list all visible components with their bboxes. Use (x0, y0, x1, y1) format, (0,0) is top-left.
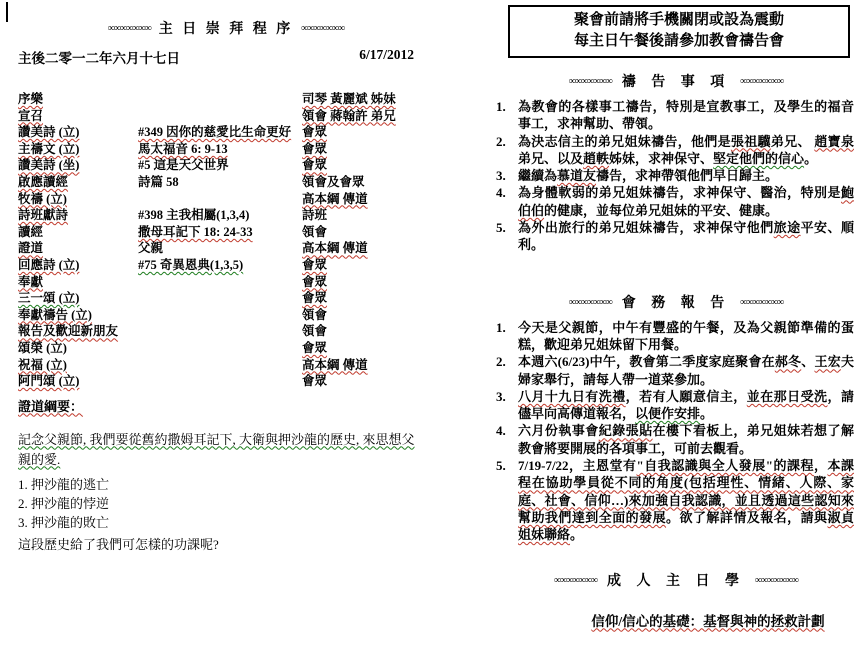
program-row: 頌榮 (立) 會眾 (18, 340, 434, 357)
program-person: 高本綱 傳道 (302, 357, 434, 374)
report-item: 2. 本週六(6/23)中午，教會第二季度家庭聚會在郝冬、王宏夫婦家舉行，請每人… (496, 353, 856, 388)
ornament-icon: ∞∞∞∞∞∞∞ (755, 575, 798, 586)
item-text: 繼續為慕道友禱告，求神帶領他們早日歸主。 (518, 167, 856, 184)
program-person: 高本綱 傳道 (302, 191, 434, 208)
item-text: 今天是父親節，中午有豐盛的午餐，及為父親節準備的蛋糕，歡迎弟兄姐妹留下用餐。 (518, 319, 856, 354)
program-person: 會眾 (302, 373, 434, 390)
program-content: #5 這是天父世界 (138, 157, 302, 174)
program-person: 會眾 (302, 290, 434, 307)
program-row: 序樂 司琴 黃麗斌 姊妹 (18, 91, 434, 108)
program-row: 阿門頌 (立) 會眾 (18, 373, 434, 390)
program-item: 回應詩 (立) (18, 257, 138, 274)
program-row: 奉獻禱告 (立) 領會 (18, 307, 434, 324)
item-number: 4. (496, 184, 518, 219)
program-item: 宣召 (18, 108, 138, 125)
sermon-outline-heading: 證道綱要： (18, 396, 434, 415)
program-item: 啟應讀經 (18, 174, 138, 191)
announcements-column: 聚會前請將手機關閉或設為震動每主日午餐後請參加教會禱告會 ∞∞∞∞∞∞∞禱 告 … (496, 0, 856, 630)
item-text: 為外出旅行的弟兄姐妹禱告，求神保守他們旅途平安、順利。 (518, 219, 856, 254)
prayer-item: 4. 為身體軟弱的弟兄姐妹禱告，求神保守、醫治，特別是鮑伯伯的健康，並每位弟兄姐… (496, 184, 856, 219)
prayer-section-heading: ∞∞∞∞∞∞∞禱 告 事 項∞∞∞∞∞∞∞ (496, 71, 856, 91)
item-text: 為決志信主的弟兄姐妹禱告，他們是張祖驥弟兄、 趙寶泉弟兄、以及趙軼姊妹，求神保守… (518, 133, 856, 168)
program-content: 詩篇 58 (138, 174, 302, 191)
program-content (138, 108, 302, 125)
program-row: 回應詩 (立) #75 奇異恩典(1,3,5) 會眾 (18, 257, 434, 274)
program-person: 會眾 (302, 124, 434, 141)
text-cursor (6, 2, 8, 22)
item-number: 2. (496, 133, 518, 168)
program-content (138, 290, 302, 307)
item-text: 六月份執事會紀錄張貼在樓下看板上，弟兄姐妹若想了解教會將要開展的各項事工，可前去… (518, 422, 856, 457)
program-person: 領會 (302, 323, 434, 340)
report-list: 1. 今天是父親節，中午有豐盛的午餐，及為父親節準備的蛋糕，歡迎弟兄姐妹留下用餐… (496, 319, 856, 544)
program-item: 奉獻禱告 (立) (18, 307, 138, 324)
ornament-icon: ∞∞∞∞∞∞∞ (740, 76, 783, 87)
item-text: 本週六(6/23)中午，教會第二季度家庭聚會在郝冬、王宏夫婦家舉行，請每人帶一道… (518, 353, 856, 388)
item-number: 5. (496, 457, 518, 543)
program-person: 會眾 (302, 257, 434, 274)
program-table: 序樂 司琴 黃麗斌 姊妹 宣召 領會 蔣翰許 弟兄 讚美詩 (立) #349 因… (18, 91, 434, 390)
sunday-school-topic: 信仰/信心的基礎：基督與神的拯救計劃 (496, 610, 856, 630)
item-number: 3. (496, 388, 518, 423)
date-chinese: 主後二零一二年六月十七日 (18, 47, 180, 67)
prayer-item: 2. 為決志信主的弟兄姐妹禱告，他們是張祖驥弟兄、 趙寶泉弟兄、以及趙軼姊妹，求… (496, 133, 856, 168)
program-row: 讀經 撒母耳記下 18: 24-33 領會 (18, 224, 434, 241)
program-row: 啟應讀經 詩篇 58 領會及會眾 (18, 174, 434, 191)
ornament-icon: ∞∞∞∞∞∞∞ (569, 76, 612, 87)
program-row: 宣召 領會 蔣翰許 弟兄 (18, 108, 434, 125)
prayer-list: 1. 為教會的各樣事工禱告，特別是宣教事工，及學生的福音事工，求神幫助、帶領。 … (496, 98, 856, 254)
ornament-icon: ∞∞∞∞∞∞∞ (108, 23, 151, 34)
program-row: 讚美詩 (立) #349 因你的慈愛比生命更好 會眾 (18, 124, 434, 141)
program-item: 讚美詩 (立) (18, 124, 138, 141)
report-item: 5. 7/19-7/22，主恩堂有"自我認識與全人發展"的課程，本課程在協助學員… (496, 457, 856, 543)
item-number: 4. (496, 422, 518, 457)
date-numeric: 6/17/2012 (359, 47, 414, 67)
program-item: 祝福 (立) (18, 357, 138, 374)
sermon-outline-paragraph: 記念父親節, 我們要從舊約撒姆耳記下, 大衛與押沙龍的歷史, 來思想父親的愛. (18, 430, 418, 470)
program-item: 證道 (18, 240, 138, 257)
report-section-heading: ∞∞∞∞∞∞∞會 務 報 告∞∞∞∞∞∞∞ (496, 292, 856, 312)
report-item: 3. 八月十九日有洗禮，若有人願意信主，並在那日受洗，請儘早向高傳道報名，以便作… (496, 388, 856, 423)
program-row: 奉獻 會眾 (18, 274, 434, 291)
program-person: 領會 蔣翰許 弟兄 (302, 108, 434, 125)
item-number: 2. (496, 353, 518, 388)
item-text: 八月十九日有洗禮，若有人願意信主，並在那日受洗，請儘早向高傳道報名，以便作安排。 (518, 388, 856, 423)
program-content (138, 373, 302, 390)
program-content (138, 91, 302, 108)
item-number: 1. (496, 98, 518, 133)
program-row: 證道 父親 高本綱 傳道 (18, 240, 434, 257)
ornament-icon: ∞∞∞∞∞∞∞ (569, 297, 612, 308)
worship-order-column: ∞∞∞∞∞∞∞主 日 崇 拜 程 序∞∞∞∞∞∞∞ 主後二零一二年六月十七日 6… (18, 0, 434, 554)
item-text: 為身體軟弱的弟兄姐妹禱告，求神保守、醫治，特別是鮑伯伯的健康，並每位弟兄姐妹的平… (518, 184, 856, 219)
program-content (138, 340, 302, 357)
program-item: 牧禱 (立) (18, 191, 138, 208)
program-row: 三一頌 (立) 會眾 (18, 290, 434, 307)
ornament-icon: ∞∞∞∞∞∞∞ (301, 23, 344, 34)
program-content: 撒母耳記下 18: 24-33 (138, 224, 302, 241)
program-person: 詩班 (302, 207, 434, 224)
item-number: 5. (496, 219, 518, 254)
program-row: 牧禱 (立) 高本綱 傳道 (18, 191, 434, 208)
program-row: 報告及歡迎新朋友 領會 (18, 323, 434, 340)
program-item: 讀經 (18, 224, 138, 241)
program-item: 主禱文 (立) (18, 141, 138, 158)
page-title: 主 日 崇 拜 程 序 (159, 22, 294, 37)
program-content (138, 307, 302, 324)
ornament-icon: ∞∞∞∞∞∞∞ (554, 575, 597, 586)
program-item: 三一頌 (立) (18, 290, 138, 307)
program-person: 會眾 (302, 141, 434, 158)
program-person: 領會及會眾 (302, 174, 434, 191)
program-row: 主禱文 (立) 馬太福音 6: 9-13 會眾 (18, 141, 434, 158)
sermon-outline-question: 這段歷史給了我們可怎樣的功課呢? (18, 535, 434, 554)
program-content: #398 主我相屬(1,3,4) (138, 207, 302, 224)
program-item: 讚美詩 (坐) (18, 157, 138, 174)
outline-point: 2. 押沙龍的悖逆 (18, 494, 434, 513)
program-person: 會眾 (302, 340, 434, 357)
program-row: 讚美詩 (坐) #5 這是天父世界 會眾 (18, 157, 434, 174)
notice-line: 每主日午餐後請參加教會禱告會 (510, 31, 848, 52)
program-content: 父親 (138, 240, 302, 257)
prayer-item: 1. 為教會的各樣事工禱告，特別是宣教事工，及學生的福音事工，求神幫助、帶領。 (496, 98, 856, 133)
prayer-item: 3. 繼續為慕道友禱告，求神帶領他們早日歸主。 (496, 167, 856, 184)
item-number: 1. (496, 319, 518, 354)
program-content (138, 191, 302, 208)
report-item: 4. 六月份執事會紀錄張貼在樓下看板上，弟兄姐妹若想了解教會將要開展的各項事工，… (496, 422, 856, 457)
item-text: 為教會的各樣事工禱告，特別是宣教事工，及學生的福音事工，求神幫助、帶領。 (518, 98, 856, 133)
sunday-school-heading: ∞∞∞∞∞∞∞成 人 主 日 學∞∞∞∞∞∞∞ (496, 570, 856, 590)
program-person: 高本綱 傳道 (302, 240, 434, 257)
program-item: 詩班獻詩 (18, 207, 138, 224)
date-line: 主後二零一二年六月十七日 6/17/2012 (18, 47, 434, 67)
outline-point: 1. 押沙龍的逃亡 (18, 475, 434, 494)
program-content: 馬太福音 6: 9-13 (138, 141, 302, 158)
report-item: 1. 今天是父親節，中午有豐盛的午餐，及為父親節準備的蛋糕，歡迎弟兄姐妹留下用餐… (496, 319, 856, 354)
program-content (138, 323, 302, 340)
program-content: #349 因你的慈愛比生命更好 (138, 124, 302, 141)
worship-order-title: ∞∞∞∞∞∞∞主 日 崇 拜 程 序∞∞∞∞∞∞∞ (18, 18, 434, 38)
program-row: 祝福 (立) 高本綱 傳道 (18, 357, 434, 374)
program-item: 頌榮 (立) (18, 340, 138, 357)
program-person: 司琴 黃麗斌 姊妹 (302, 91, 434, 108)
prayer-item: 5. 為外出旅行的弟兄姐妹禱告，求神保守他們旅途平安、順利。 (496, 219, 856, 254)
program-item: 阿門頌 (立) (18, 373, 138, 390)
program-item: 報告及歡迎新朋友 (18, 323, 138, 340)
program-person: 領會 (302, 307, 434, 324)
notice-box: 聚會前請將手機關閉或設為震動每主日午餐後請參加教會禱告會 (508, 5, 850, 58)
ornament-icon: ∞∞∞∞∞∞∞ (740, 297, 783, 308)
program-person: 領會 (302, 224, 434, 241)
program-person: 會眾 (302, 274, 434, 291)
item-number: 3. (496, 167, 518, 184)
sermon-outline-points: 1. 押沙龍的逃亡2. 押沙龍的悖逆3. 押沙龍的敗亡 (18, 475, 434, 532)
program-row: 詩班獻詩 #398 主我相屬(1,3,4) 詩班 (18, 207, 434, 224)
program-content (138, 274, 302, 291)
program-content: #75 奇異恩典(1,3,5) (138, 257, 302, 274)
item-text: 7/19-7/22，主恩堂有"自我認識與全人發展"的課程，本課程在協助學員從不同… (518, 457, 856, 543)
program-item: 奉獻 (18, 274, 138, 291)
outline-point: 3. 押沙龍的敗亡 (18, 513, 434, 532)
program-person: 會眾 (302, 157, 434, 174)
program-item: 序樂 (18, 91, 138, 108)
notice-line: 聚會前請將手機關閉或設為震動 (510, 10, 848, 31)
program-content (138, 357, 302, 374)
